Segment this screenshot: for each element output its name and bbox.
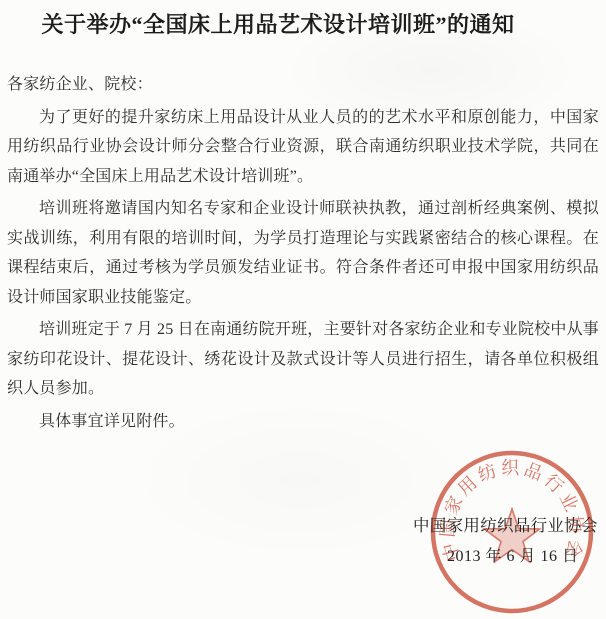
paragraph-3: 培训班定于 7 月 25 日在南通纺院开班，主要针对各家纺企业和专业院校中从事家… bbox=[7, 315, 599, 404]
notice-page: 关于举办“全国床上用品艺术设计培训班”的通知 各家纺企业、院校： 为了更好的提升… bbox=[0, 0, 606, 619]
paragraph-4: 具体事宜详见附件。 bbox=[7, 407, 599, 437]
notice-title: 关于举办“全国床上用品艺术设计培训班”的通知 bbox=[0, 8, 556, 39]
signature-org: 中国家用纺织品行业协会 bbox=[413, 512, 598, 536]
salutation: 各家纺企业、院校： bbox=[7, 70, 599, 100]
paragraph-2: 培训班将邀请国内知名专家和企业设计师联袂执教，通过剖析经典案例、模拟实战训练，利… bbox=[7, 194, 599, 312]
signature-date: 2013 年 6 月 16 日 bbox=[447, 543, 579, 566]
paragraph-1: 为了更好的提升家纺床上用品设计从业人员的的艺术水平和原创能力，中国家用纺织品行业… bbox=[7, 103, 599, 192]
notice-body: 各家纺企业、院校： 为了更好的提升家纺床上用品设计从业人员的的艺术水平和原创能力… bbox=[7, 70, 599, 439]
